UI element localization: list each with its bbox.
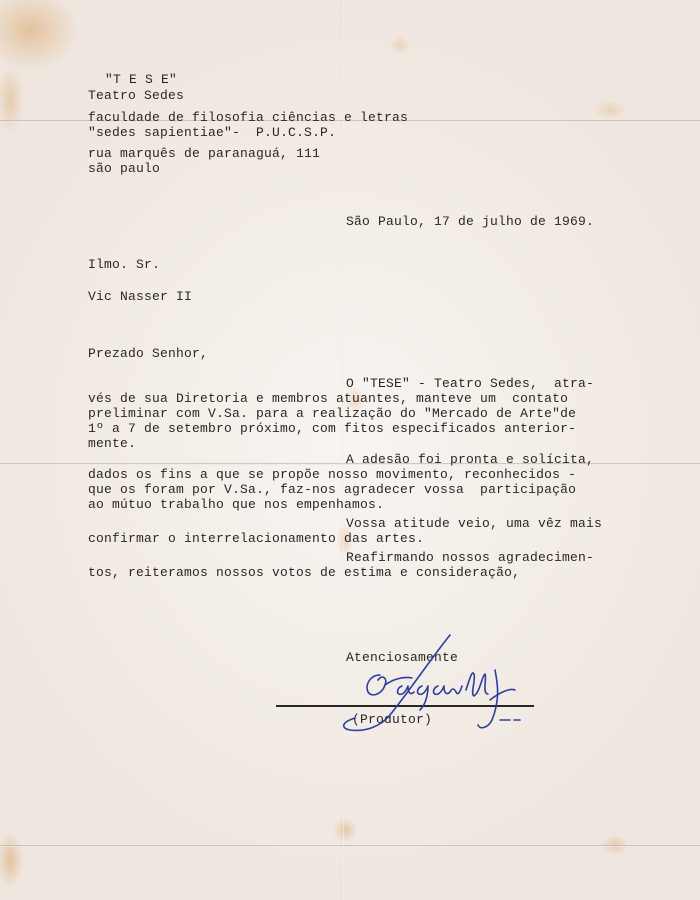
- body-line: dados os fins a que se propõe nosso movi…: [88, 468, 576, 481]
- address-line-1: rua marquês de paranaguá, 111: [88, 147, 320, 160]
- fold-line-bottom: [0, 845, 700, 847]
- faculty-line-2: "sedes sapientiae"- P.U.C.S.P.: [88, 126, 336, 139]
- body-line: mente.: [88, 437, 136, 450]
- body-line: ao mútuo trabalho que nos empenhamos.: [88, 498, 384, 511]
- body-line: O "TESE" - Teatro Sedes, atra-: [346, 377, 594, 390]
- body-line: Reafirmando nossos agradecimen-: [346, 551, 594, 564]
- body-line: vés de sua Diretoria e membros atuantes,…: [88, 392, 568, 405]
- address-line-2: são paulo: [88, 162, 160, 175]
- body-line: tos, reiteramos nossos votos de estima e…: [88, 566, 520, 579]
- body-line: confirmar o interrelacionamento das arte…: [88, 532, 424, 545]
- recipient-name: Vic Nasser II: [88, 290, 192, 303]
- handwritten-signature: [330, 630, 530, 740]
- body-line: que os foram por V.Sa., faz-nos agradece…: [88, 483, 576, 496]
- recipient-title: Ilmo. Sr.: [88, 258, 160, 271]
- faculty-line-1: faculdade de filosofia ciências e letras: [88, 111, 408, 124]
- greeting: Prezado Senhor,: [88, 347, 208, 360]
- fold-line-vertical: [342, 0, 344, 900]
- org-short-name: "T E S E": [105, 73, 177, 86]
- body-line: Vossa atitude veio, uma vêz mais: [346, 517, 602, 530]
- org-name: Teatro Sedes: [88, 89, 184, 102]
- body-line: preliminar com V.Sa. para a realização d…: [88, 407, 576, 420]
- signature-strokes: [344, 635, 520, 730]
- date-line: São Paulo, 17 de julho de 1969.: [346, 215, 594, 228]
- body-line: A adesão foi pronta e solícita,: [346, 453, 594, 466]
- body-line: 1º a 7 de setembro próximo, com fitos es…: [88, 422, 576, 435]
